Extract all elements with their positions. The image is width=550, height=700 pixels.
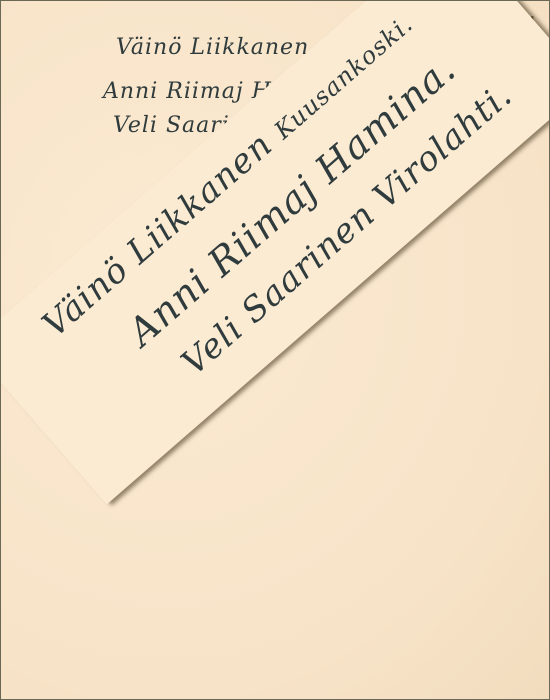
autograph-name: Väinö Liikkanen: [116, 35, 309, 60]
album-page: 174 Väinö Liikkanen Kuusankoski. Anni Ri…: [0, 0, 550, 700]
autograph-name: Anni Riimaj: [103, 79, 244, 104]
autograph-card: Väinö Liikkanen Kuusankoski. Anni Riimaj…: [0, 0, 550, 504]
